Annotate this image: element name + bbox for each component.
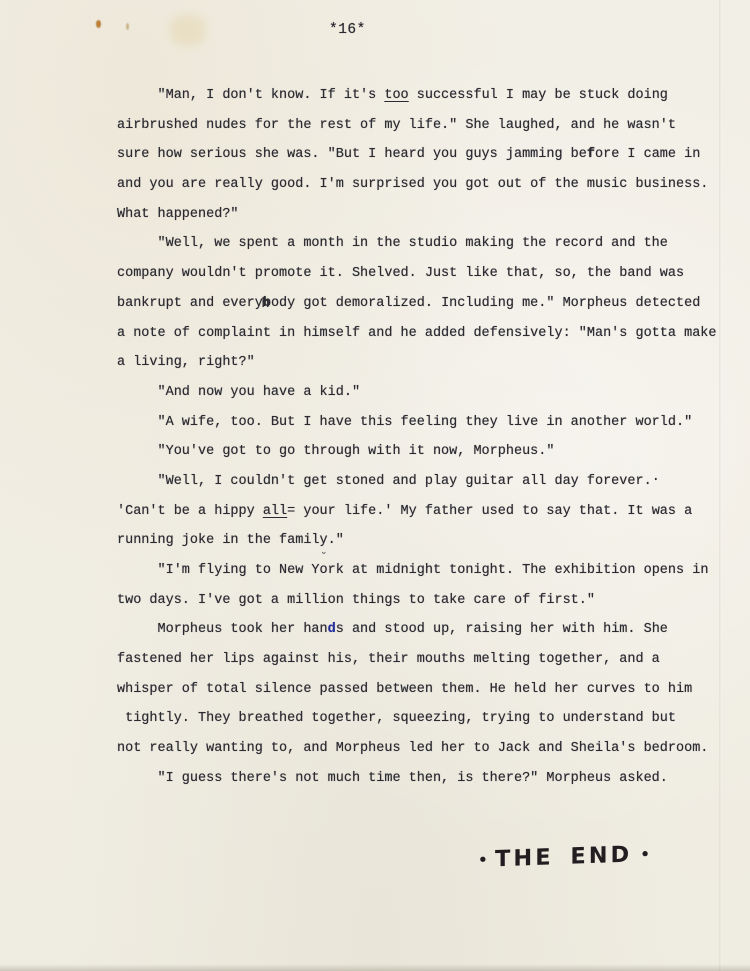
text-line: "I guess there's not much time then, is … (117, 764, 717, 794)
text-line: airbrushed nudes for the rest of my life… (117, 111, 717, 141)
page-bottom-edge (0, 964, 750, 971)
text-line: "Man, I don't know. If it's too successf… (117, 81, 717, 111)
text-line: two days. I've got a million things to t… (117, 586, 717, 616)
paper-stain (170, 14, 206, 46)
text-line: "You've got to go through with it now, M… (117, 437, 717, 467)
manuscript-page: *16* "Man, I don't know. If it's too suc… (0, 0, 750, 971)
text-line: 'Can't be a hippy all= your life.' My fa… (117, 497, 717, 527)
text-line: Morpheus took her hands and stood up, ra… (117, 615, 717, 645)
text-line: "And now you have a kid." (117, 378, 717, 408)
text-line: "A wife, too. But I have this feeling th… (117, 408, 717, 438)
paper-stain (126, 23, 129, 30)
text-line: a living, right?" (117, 348, 717, 378)
text-line: whisper of total silence passed between … (117, 675, 717, 705)
text-line: not really wanting to, and Morpheus led … (117, 734, 717, 764)
the-end-annotation: • THE END • (477, 837, 650, 877)
text-line: bankrupt and everybhody got demoralized.… (117, 289, 717, 319)
text-line: tightly. They breathed together, squeezi… (117, 704, 717, 734)
text-line: a note of complaint in himself and he ad… (117, 319, 717, 349)
text-line: sure how serious she was. "But I heard y… (117, 140, 717, 170)
text-line: fastened her lips against his, their mou… (117, 645, 717, 675)
bullet-left: • (478, 852, 488, 867)
bullet-right: • (640, 847, 650, 862)
paper-stain (96, 20, 101, 28)
text-line: company wouldn't promote it. Shelved. Ju… (117, 259, 717, 289)
text-line: "Well, I couldn't get stoned and play gu… (117, 467, 717, 497)
text-line: "I'm flying to New Yo˘rk at midnight ton… (117, 556, 717, 586)
paper-crease (719, 0, 722, 971)
typewritten-text: "Man, I don't know. If it's too successf… (117, 81, 717, 794)
page-number: *16* (329, 22, 366, 38)
text-line: running joke in the family." (117, 526, 717, 556)
text-line: and you are really good. I'm surprised y… (117, 170, 717, 200)
text-line: "Well, we spent a month in the studio ma… (117, 229, 717, 259)
the-end-label: THE END (495, 842, 632, 873)
text-line: What happened?" (117, 200, 717, 230)
